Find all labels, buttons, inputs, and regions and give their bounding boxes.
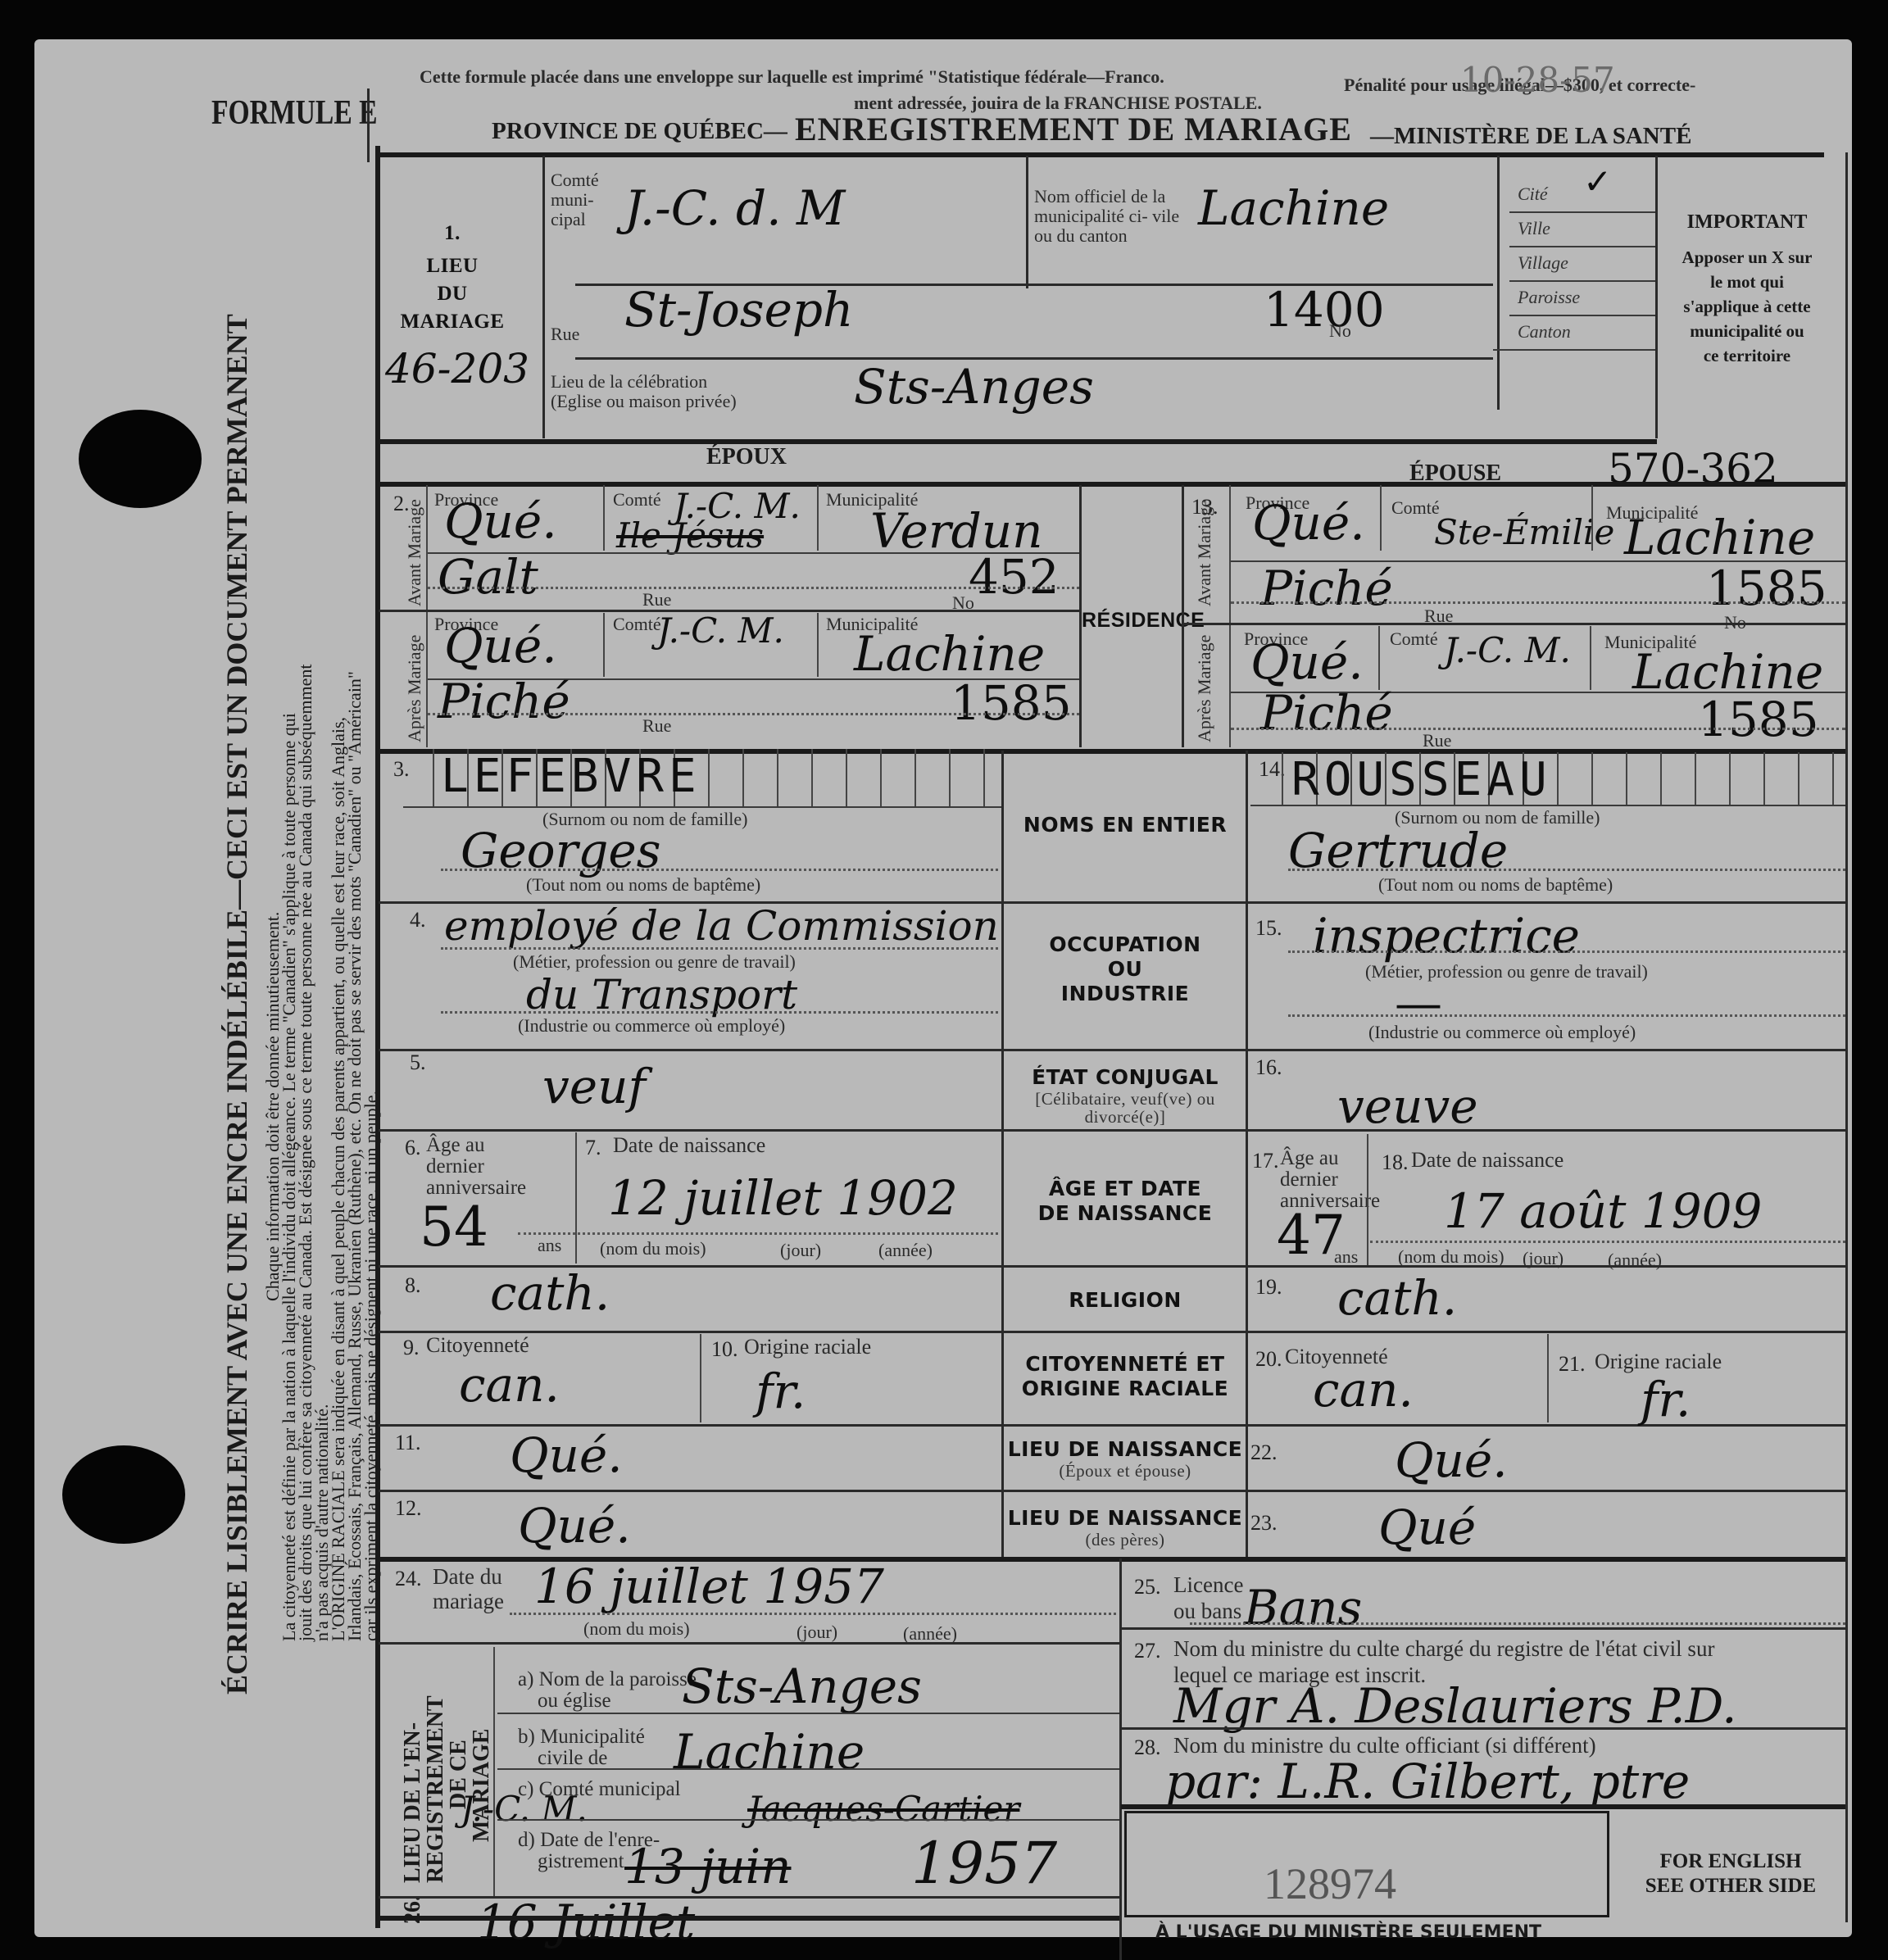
registration-d-value: 1957 <box>911 1839 1057 1888</box>
nom-officiel-divider <box>1026 156 1028 288</box>
row-rule-occupation <box>379 1049 1845 1051</box>
header-notice-line1: Cette formule placée dans une enveloppe … <box>420 67 1164 87</box>
groom-citizenship-number: 9. <box>403 1336 420 1360</box>
licence-number: 25. <box>1134 1575 1161 1599</box>
file-number: 46-203 <box>385 344 529 393</box>
important-title: IMPORTANT <box>1661 211 1833 234</box>
groom-apres-comte: J.-C. M. <box>657 606 784 656</box>
groom-occupation-dotted <box>441 947 998 950</box>
groom-dob-day-caption: (jour) <box>780 1241 821 1260</box>
groom-father-birthplace-number: 12. <box>395 1496 422 1521</box>
epoux-header: ÉPOUX <box>706 444 787 470</box>
groom-given-dotted <box>441 869 998 871</box>
groom-avant-no: 452 <box>969 552 1060 601</box>
groom-age-divider <box>575 1132 577 1264</box>
bride-apres-province: Qué. <box>1250 637 1364 687</box>
middle-col-right-divider <box>1246 751 1248 1558</box>
licence-value: Bans <box>1244 1583 1362 1632</box>
bride-birthplace: Qué. <box>1395 1436 1508 1485</box>
registration-c-value: J.-C. M. <box>461 1785 588 1834</box>
important-text-2: le mot qui <box>1661 272 1833 293</box>
marriage-date-number: 24. <box>395 1567 422 1591</box>
section1-title-2: DU <box>395 282 510 306</box>
groom-apres-province: Qué. <box>444 621 557 670</box>
bride-avant-comte-divider <box>1380 485 1382 551</box>
groom-dob-dotted <box>518 1232 998 1235</box>
marriage-date-day-caption: (jour) <box>796 1622 837 1642</box>
label-lieu-naissance-peres-title: LIEU DE NAISSANCE <box>1008 1506 1243 1530</box>
bride-dob: 17 août 1909 <box>1444 1186 1762 1236</box>
section1-col-divider <box>542 156 545 438</box>
bride-citizenship-number: 20. <box>1255 1347 1282 1372</box>
groom-surname: LEFEBVRE <box>441 752 701 801</box>
bride-dob-month-caption: (nom du mois) <box>1398 1247 1504 1267</box>
bride-apres-rue-label: Rue <box>1423 731 1451 751</box>
bride-occupation-number: 15. <box>1255 916 1282 941</box>
minister-28-number: 28. <box>1134 1735 1161 1760</box>
bride-industry-dotted <box>1288 1014 1845 1017</box>
bride-father-birthplace: Qué <box>1378 1503 1476 1552</box>
bride-apres-comte-divider <box>1378 626 1380 690</box>
registration-c-rule <box>497 1819 1119 1821</box>
bride-avant-comte-label: Comté <box>1391 498 1440 518</box>
label-occupation: OCCUPATION OU INDUSTRIE <box>1006 932 1244 1006</box>
bride-etat: veuve <box>1337 1082 1478 1131</box>
groom-avant-muni-divider <box>817 485 819 551</box>
municipalite-value: Lachine <box>1198 184 1389 233</box>
form-left-border <box>375 146 380 1928</box>
bride-occupation: inspectrice <box>1313 911 1580 960</box>
registration-b-label-2: civile de <box>538 1749 607 1768</box>
section1-bottom-rule <box>379 439 1657 444</box>
registration-a-value: Sts-Anges <box>682 1662 922 1711</box>
label-religion: RELIGION <box>1006 1288 1244 1313</box>
bride-dob-number: 18. <box>1382 1150 1409 1175</box>
type-village: Village <box>1518 252 1568 274</box>
bride-birthplace-number: 22. <box>1250 1441 1278 1465</box>
type-line-1 <box>1509 211 1657 213</box>
bride-apres-rue: Piché <box>1260 688 1393 737</box>
comte-municipal-value: J.-C. d. M <box>624 184 845 233</box>
bride-residence-mid-rule <box>1182 623 1845 625</box>
bride-origin: fr. <box>1641 1375 1691 1424</box>
groom-occupation-caption: (Métier, profession ou genre de travail) <box>513 952 796 972</box>
bride-apres-muni-divider <box>1590 626 1591 690</box>
bride-apres-dotted <box>1231 728 1845 730</box>
bride-avant-dotted <box>1231 601 1845 604</box>
bride-ans-label: ans <box>1334 1247 1358 1267</box>
groom-citizenship: can. <box>459 1360 560 1409</box>
groom-birthplace: Qué. <box>510 1431 623 1480</box>
groom-occupation: employé de la Commission <box>444 901 999 951</box>
groom-apres-label: Après Mariage <box>405 635 424 742</box>
groom-res-sub-divider <box>426 485 428 747</box>
section1-title-3: MARIAGE <box>387 310 518 334</box>
groom-apres-dotted <box>428 713 1079 715</box>
registration-a-label-2: ou église <box>538 1691 611 1711</box>
registration-d-label-2: gistrement <box>538 1852 624 1872</box>
label-lieu-naissance-peres-sub: (des pères) <box>1006 1531 1244 1549</box>
bride-avant-rue: Piché <box>1260 564 1393 613</box>
bride-age-number: 17. <box>1252 1149 1279 1173</box>
groom-religion: cath. <box>490 1268 610 1318</box>
registration-c-struck: Jacques-Cartier <box>747 1785 1019 1834</box>
section1-title-1: LIEU <box>395 254 510 279</box>
form-id-divider <box>367 88 370 162</box>
residence-right-divider <box>1182 485 1184 747</box>
minister-28-rule <box>1121 1804 1845 1809</box>
groom-apres-municipalite: Lachine <box>854 629 1045 678</box>
marriage-date-dotted <box>510 1613 1116 1615</box>
groom-apres-comte-label: Comté <box>613 615 661 634</box>
type-canton: Canton <box>1518 321 1571 343</box>
bride-avant-no: 1585 <box>1706 564 1827 613</box>
bride-avant-muni-divider <box>1591 485 1593 551</box>
bride-apres-no: 1585 <box>1698 695 1819 744</box>
bride-avant-municipalite: Lachine <box>1624 513 1815 562</box>
bride-age-divider <box>1367 1134 1368 1265</box>
important-text-3: s'applique à cette <box>1661 297 1833 317</box>
important-text-4: municipalité ou <box>1661 321 1833 342</box>
residence-label: RÉSIDENCE <box>1082 608 1180 633</box>
groom-avant-comte: J.-C. M. <box>674 482 801 531</box>
label-lieu-naissance-epoux: LIEU DE NAISSANCE (Époux et épouse) <box>1006 1437 1244 1480</box>
bride-occupation-dotted <box>1288 951 1845 953</box>
groom-etat-number: 5. <box>410 1050 426 1075</box>
header-province: PROVINCE DE QUÉBEC— <box>492 118 787 145</box>
minister-27-number: 27. <box>1134 1639 1161 1663</box>
form-right-border <box>1845 152 1848 1922</box>
groom-father-birthplace: Qué. <box>518 1501 631 1550</box>
groom-apres-no: 1585 <box>951 678 1072 728</box>
groom-surname-rule <box>403 806 1001 808</box>
minister-28-value: par: L.R. Gilbert, ptre <box>1165 1757 1690 1806</box>
groom-industry-caption: (Industrie ou commerce où employé) <box>518 1016 785 1036</box>
label-lieu-naissance-sub: (Époux et épouse) <box>1006 1462 1244 1480</box>
bride-industry-caption: (Industrie ou commerce où employé) <box>1368 1023 1636 1042</box>
groom-avant-rue: Galt <box>438 552 538 601</box>
groom-religion-number: 8. <box>405 1273 421 1298</box>
registration-a-label-1: a) Nom de la paroisse <box>518 1670 697 1690</box>
stamp-number: 10-28-57 <box>1460 56 1615 105</box>
middle-col-left-divider <box>1001 751 1004 1558</box>
groom-avant-municipalite: Verdun <box>870 506 1042 556</box>
type-line-3 <box>1509 280 1657 282</box>
minister-27-value: Mgr A. Deslauriers P.D. <box>1173 1681 1737 1731</box>
bride-dob-dotted <box>1370 1241 1845 1243</box>
bride-dob-year-caption: (année) <box>1608 1250 1662 1270</box>
bride-age-label-2: dernier <box>1280 1170 1338 1190</box>
groom-avant-label: Avant Mariage <box>405 499 424 606</box>
label-lieu-naissance-peres: LIEU DE NAISSANCE (des pères) <box>1006 1506 1244 1549</box>
groom-apres-rue: Piché <box>438 677 570 726</box>
bride-dob-day-caption: (jour) <box>1523 1249 1563 1268</box>
groom-age-number: 6. <box>405 1136 421 1160</box>
bride-religion: cath. <box>1337 1273 1457 1323</box>
groom-origin-label: Origine raciale <box>744 1337 871 1357</box>
header-ministry: —MINISTÈRE DE LA SANTÉ <box>1370 123 1691 150</box>
row-rule-etat <box>379 1129 1845 1132</box>
no-value: 1400 <box>1264 285 1385 334</box>
groom-avant-province: Qué. <box>444 497 557 546</box>
important-text-1: Apposer un X sur <box>1661 247 1833 268</box>
licence-dotted <box>1190 1622 1845 1625</box>
label-citoyennete: CITOYENNETÉ ET ORIGINE RACIALE <box>1006 1352 1244 1401</box>
row-rule-birthplace <box>379 1490 1845 1492</box>
no-label: No <box>1329 321 1351 341</box>
groom-ans-label: ans <box>538 1236 561 1255</box>
licence-label-2: ou bans <box>1173 1601 1241 1621</box>
type-paroisse: Paroisse <box>1518 287 1580 308</box>
registration-a-rule <box>497 1713 1119 1714</box>
label-etat-conjugal: ÉTAT CONJUGAL [Célibataire, veuf(ve) ou … <box>1006 1065 1244 1126</box>
groom-avant-comte-label: Comté <box>613 490 661 510</box>
cite-check-mark: ✓ <box>1583 157 1612 206</box>
groom-dob-year-caption: (année) <box>878 1241 933 1260</box>
office-serial-number: 128974 <box>1264 1858 1396 1909</box>
label-lieu-naissance-title: LIEU DE NAISSANCE <box>1008 1437 1243 1461</box>
type-line-2 <box>1509 246 1657 247</box>
bride-res-sub-divider <box>1229 485 1231 747</box>
groom-industry-dotted <box>441 1011 998 1014</box>
registration-d-correction: 16 Juillet <box>477 1898 695 1947</box>
comte-municipal-label: Comté muni- cipal <box>551 170 608 229</box>
groom-dob: 12 juillet 1902 <box>608 1173 958 1223</box>
sidebar-instruction-main: ÉCRIRE LISIBLEMENT AVEC UNE ENCRE INDÉLÉ… <box>220 314 254 1695</box>
label-etat-conjugal-title: ÉTAT CONJUGAL <box>1032 1065 1219 1089</box>
type-line-4 <box>1509 315 1657 316</box>
label-noms-en-entier: NOMS EN ENTIER <box>1006 813 1244 837</box>
groom-age: 54 <box>420 1203 488 1252</box>
nom-officiel-label: Nom officiel de la municipalité ci- vile… <box>1034 187 1182 246</box>
minister-27-rule <box>1121 1727 1845 1730</box>
lieu-celebration-label-1: Lieu de la célébration <box>551 372 707 392</box>
rue-value: St-Joseph <box>624 285 853 334</box>
groom-avant-comte-divider <box>603 485 605 551</box>
bride-apres-label: Après Mariage <box>1195 635 1214 742</box>
bride-surname-rule <box>1250 805 1845 806</box>
marriage-date-bottom-rule <box>379 1642 1119 1645</box>
registration-b-rule <box>497 1768 1119 1770</box>
lieu-celebration-label-2: (Eglise ou maison privée) <box>551 392 737 411</box>
bride-industry: — <box>1395 978 1442 1028</box>
bride-apres-comte: J.-C. M. <box>1444 626 1571 675</box>
bride-religion-number: 19. <box>1255 1275 1282 1300</box>
bride-apres-municipalite: Lachine <box>1632 647 1823 696</box>
marriage-date-month-caption: (nom du mois) <box>583 1619 690 1639</box>
bride-age-label-1: Âge au <box>1280 1149 1339 1168</box>
bride-dob-label: Date de naissance <box>1411 1150 1563 1170</box>
important-text-5: ce territoire <box>1661 346 1833 366</box>
groom-apres-rue-label: Rue <box>642 716 671 736</box>
section1-number: 1. <box>395 221 510 246</box>
bride-given-dotted <box>1288 869 1845 871</box>
municipality-type-divider <box>1497 156 1500 410</box>
groom-origin-number: 10. <box>711 1337 738 1362</box>
groom-origin: fr. <box>756 1367 806 1416</box>
groom-citizenship-label: Citoyenneté <box>426 1336 529 1355</box>
row-rule-citizenship <box>379 1424 1845 1427</box>
bride-father-birthplace-number: 23. <box>1250 1511 1278 1536</box>
bride-origin-divider <box>1547 1334 1549 1422</box>
punch-hole-top <box>79 410 202 508</box>
registration-d-struck: 13 juin <box>624 1842 791 1891</box>
bride-given-caption: (Tout nom ou noms de baptême) <box>1378 875 1613 895</box>
rue-label: Rue <box>551 324 579 344</box>
lieu-celebration-value: Sts-Anges <box>854 362 1094 411</box>
header-title: ENREGISTREMENT DE MARIAGE <box>795 110 1352 148</box>
groom-dob-label: Date de naissance <box>613 1136 765 1155</box>
groom-age-label-2: dernier <box>426 1157 484 1177</box>
groom-surname-number: 3. <box>393 757 410 782</box>
type-cite: Cité <box>1518 184 1548 205</box>
label-etat-conjugal-sub: [Célibataire, veuf(ve) ou divorcé(e)] <box>1006 1090 1244 1126</box>
registration-title-divider <box>493 1647 495 1897</box>
licence-bottom-rule <box>1121 1627 1845 1630</box>
groom-etat: veuf <box>542 1062 646 1111</box>
groom-origin-divider <box>700 1334 701 1422</box>
groom-avant-dotted <box>428 587 1079 589</box>
form-bottom-border <box>379 1916 1119 1921</box>
groom-given-name: Georges <box>461 826 661 875</box>
bride-surname: ROUSSEAU <box>1291 755 1552 805</box>
english-notice-1: FOR ENGLISH <box>1641 1850 1821 1873</box>
groom-apres-comte-divider <box>603 613 605 677</box>
groom-given-caption: (Tout nom ou noms de baptême) <box>526 875 760 895</box>
marriage-date-label-2: mariage <box>433 1591 504 1611</box>
minister-28-label: Nom du ministre du culte officiant (si d… <box>1173 1735 1596 1755</box>
row-rule-religion <box>379 1331 1845 1333</box>
bride-avant-label: Avant Mariage <box>1195 499 1214 606</box>
groom-apres-muni-divider <box>817 613 819 677</box>
groom-dob-month-caption: (nom du mois) <box>600 1239 706 1259</box>
minister-27-label-1: Nom du ministre du culte chargé du regis… <box>1173 1639 1714 1658</box>
type-ville: Ville <box>1518 218 1550 239</box>
residence-top-rule <box>379 482 1845 487</box>
groom-occupation-number: 4. <box>410 908 426 932</box>
bride-apres-comte-label: Comté <box>1390 629 1438 649</box>
marriage-date-year-caption: (année) <box>903 1624 957 1644</box>
english-notice-2: SEE OTHER SIDE <box>1641 1875 1821 1898</box>
bride-origin-label: Origine raciale <box>1595 1352 1722 1372</box>
licence-label-1: Licence <box>1173 1575 1243 1595</box>
marriage-registration-form: FORMULE E ÉCRIRE LISIBLEMENT AVEC UNE EN… <box>34 39 1852 1937</box>
groom-birthplace-number: 11. <box>395 1431 421 1455</box>
label-age-date: ÂGE ET DATE DE NAISSANCE <box>1006 1177 1244 1226</box>
office-caption: À L'USAGE DU MINISTÈRE SEULEMENT <box>1155 1922 1541 1943</box>
licence-divider <box>1119 1558 1122 1960</box>
bride-origin-number: 21. <box>1559 1352 1586 1377</box>
important-divider <box>1655 156 1658 438</box>
bride-avant-province: Qué. <box>1252 498 1365 547</box>
bride-given-name: Gertrude <box>1288 826 1508 875</box>
marriage-date-value: 16 juillet 1957 <box>534 1562 884 1611</box>
registration-b-label-1: b) Municipalité <box>518 1727 645 1747</box>
form-id: FORMULE E <box>211 93 378 133</box>
groom-age-label-1: Âge au <box>426 1136 485 1155</box>
type-line-5 <box>1493 349 1657 351</box>
bride-citizenship: can. <box>1313 1365 1414 1414</box>
punch-hole-bottom <box>62 1445 185 1544</box>
groom-dob-number: 7. <box>585 1136 601 1160</box>
bride-avant-comte: Ste-Émilie <box>1434 508 1614 557</box>
bride-etat-number: 16. <box>1255 1055 1282 1080</box>
marriage-date-label-1: Date du <box>433 1567 502 1586</box>
